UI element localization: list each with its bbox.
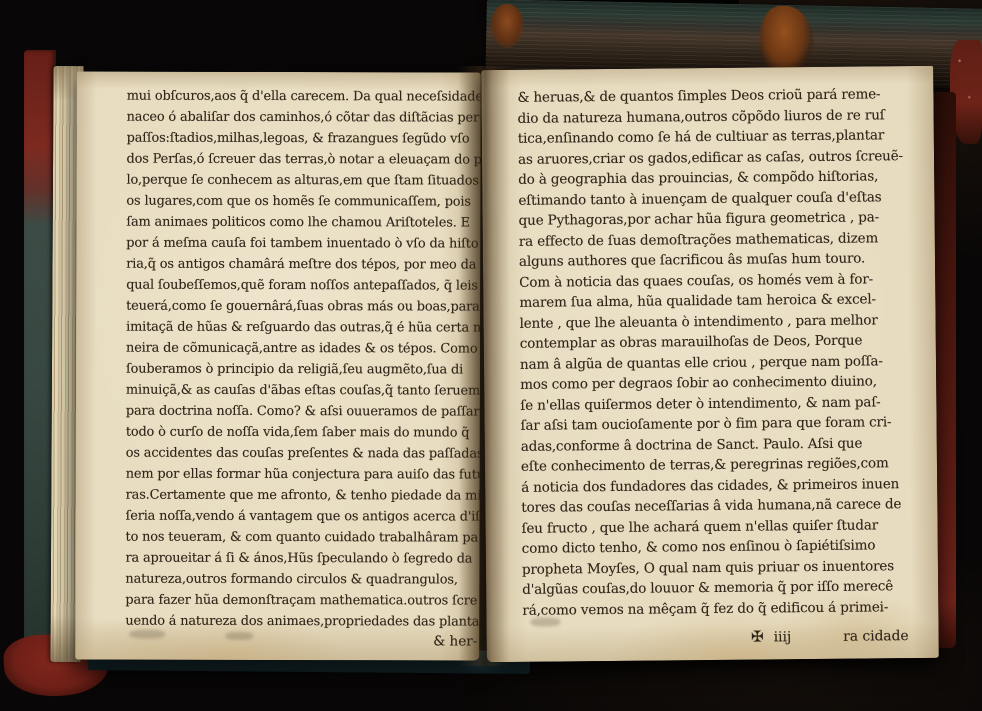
text-line: os accidentes das couſas preſentes & nad… — [126, 443, 478, 465]
right-page-text: & heruas,& de quantos ſimples Deos crioũ… — [517, 84, 908, 621]
text-line: dos Perſas,ó ſcreuer das terras,ò notar … — [127, 149, 479, 171]
right-page: & heruas,& de quantos ſimples Deos crioũ… — [481, 66, 939, 662]
text-line: uendo á natureza dos animaes,propriedade… — [125, 611, 477, 633]
signature-line: ✠ iiij ra cidade — [523, 626, 909, 648]
left-page-catchword: & her- — [125, 633, 481, 650]
text-line: imitaçã de hũas & reſguardo das outras,q… — [126, 317, 478, 339]
text-line: neira de cõmunicaçã,antre as idades & os… — [126, 338, 478, 360]
text-line: ria,q̃ os antigos chamârá meſtre dos tép… — [126, 254, 478, 276]
text-line: minuiçã,& as cauſas d'ãbas eſtas couſas,… — [126, 380, 478, 402]
text-line: para doctrina noſſa. Como? & aſsi ouuera… — [126, 401, 478, 423]
text-line: por á meſma cauſa foi tambem inuentado ò… — [126, 233, 478, 255]
book-scan: mui obſcuros,aos q̃ d'ella carecem. Da q… — [0, 0, 982, 711]
catchword-text: ra cidade — [843, 628, 909, 645]
catchword-text: & her- — [433, 633, 477, 649]
headcap-wear-spot-small — [490, 4, 524, 48]
text-line: natureza,outros formando circulos & quad… — [125, 569, 477, 591]
text-line: todo ò curſo de noſſa vida,ſem ſaber mai… — [126, 422, 478, 444]
text-line: nem por ellas formar hũa conjectura para… — [126, 464, 478, 486]
text-line: naceo ó abaliſar dos caminhos,ó cõtar da… — [127, 107, 479, 129]
text-line: to nos teueram, & com quanto cuidado tra… — [126, 527, 478, 549]
text-line: os lugares,com que os homẽs ſe communica… — [126, 191, 478, 213]
gathering-signature: iiij — [774, 629, 792, 645]
left-page: mui obſcuros,aos q̃ d'ella carecem. Da q… — [75, 71, 481, 660]
text-line: qual ſoubeſſemos,quẽ foram noſſos antepa… — [126, 275, 478, 297]
left-page-text: mui obſcuros,aos q̃ d'ella carecem. Da q… — [125, 86, 478, 633]
text-line: teuerá,como ſe gouernârá,ſuas obras más … — [126, 296, 478, 318]
text-line: rá,como vemos na mêçam q̃ fez do q̃ edif… — [522, 597, 908, 621]
text-line: paſſos:ſtadios,milhas,legoas, & frazangu… — [127, 128, 479, 150]
text-line: ſouberamos ò principio da religiã,ſeu au… — [126, 359, 478, 381]
text-line: ras.Certamente que me afronto, & tenho p… — [126, 485, 478, 507]
maltese-cross-mark: ✠ — [751, 627, 764, 645]
text-line: para fazer hũa demonſtraçam mathematica.… — [125, 590, 477, 612]
text-line: ra aproueitar á ſi & ános,Hũs ſpeculando… — [125, 548, 477, 570]
text-line: ſeria noſſa,vendo á vantagem que os anti… — [126, 506, 478, 528]
text-line: ſam animaes politicos como lhe chamou Ar… — [126, 212, 478, 234]
text-line: lo,perque ſe conhecem as alturas,em que … — [126, 170, 478, 192]
text-line: mui obſcuros,aos q̃ d'ella carecem. Da q… — [127, 86, 479, 108]
